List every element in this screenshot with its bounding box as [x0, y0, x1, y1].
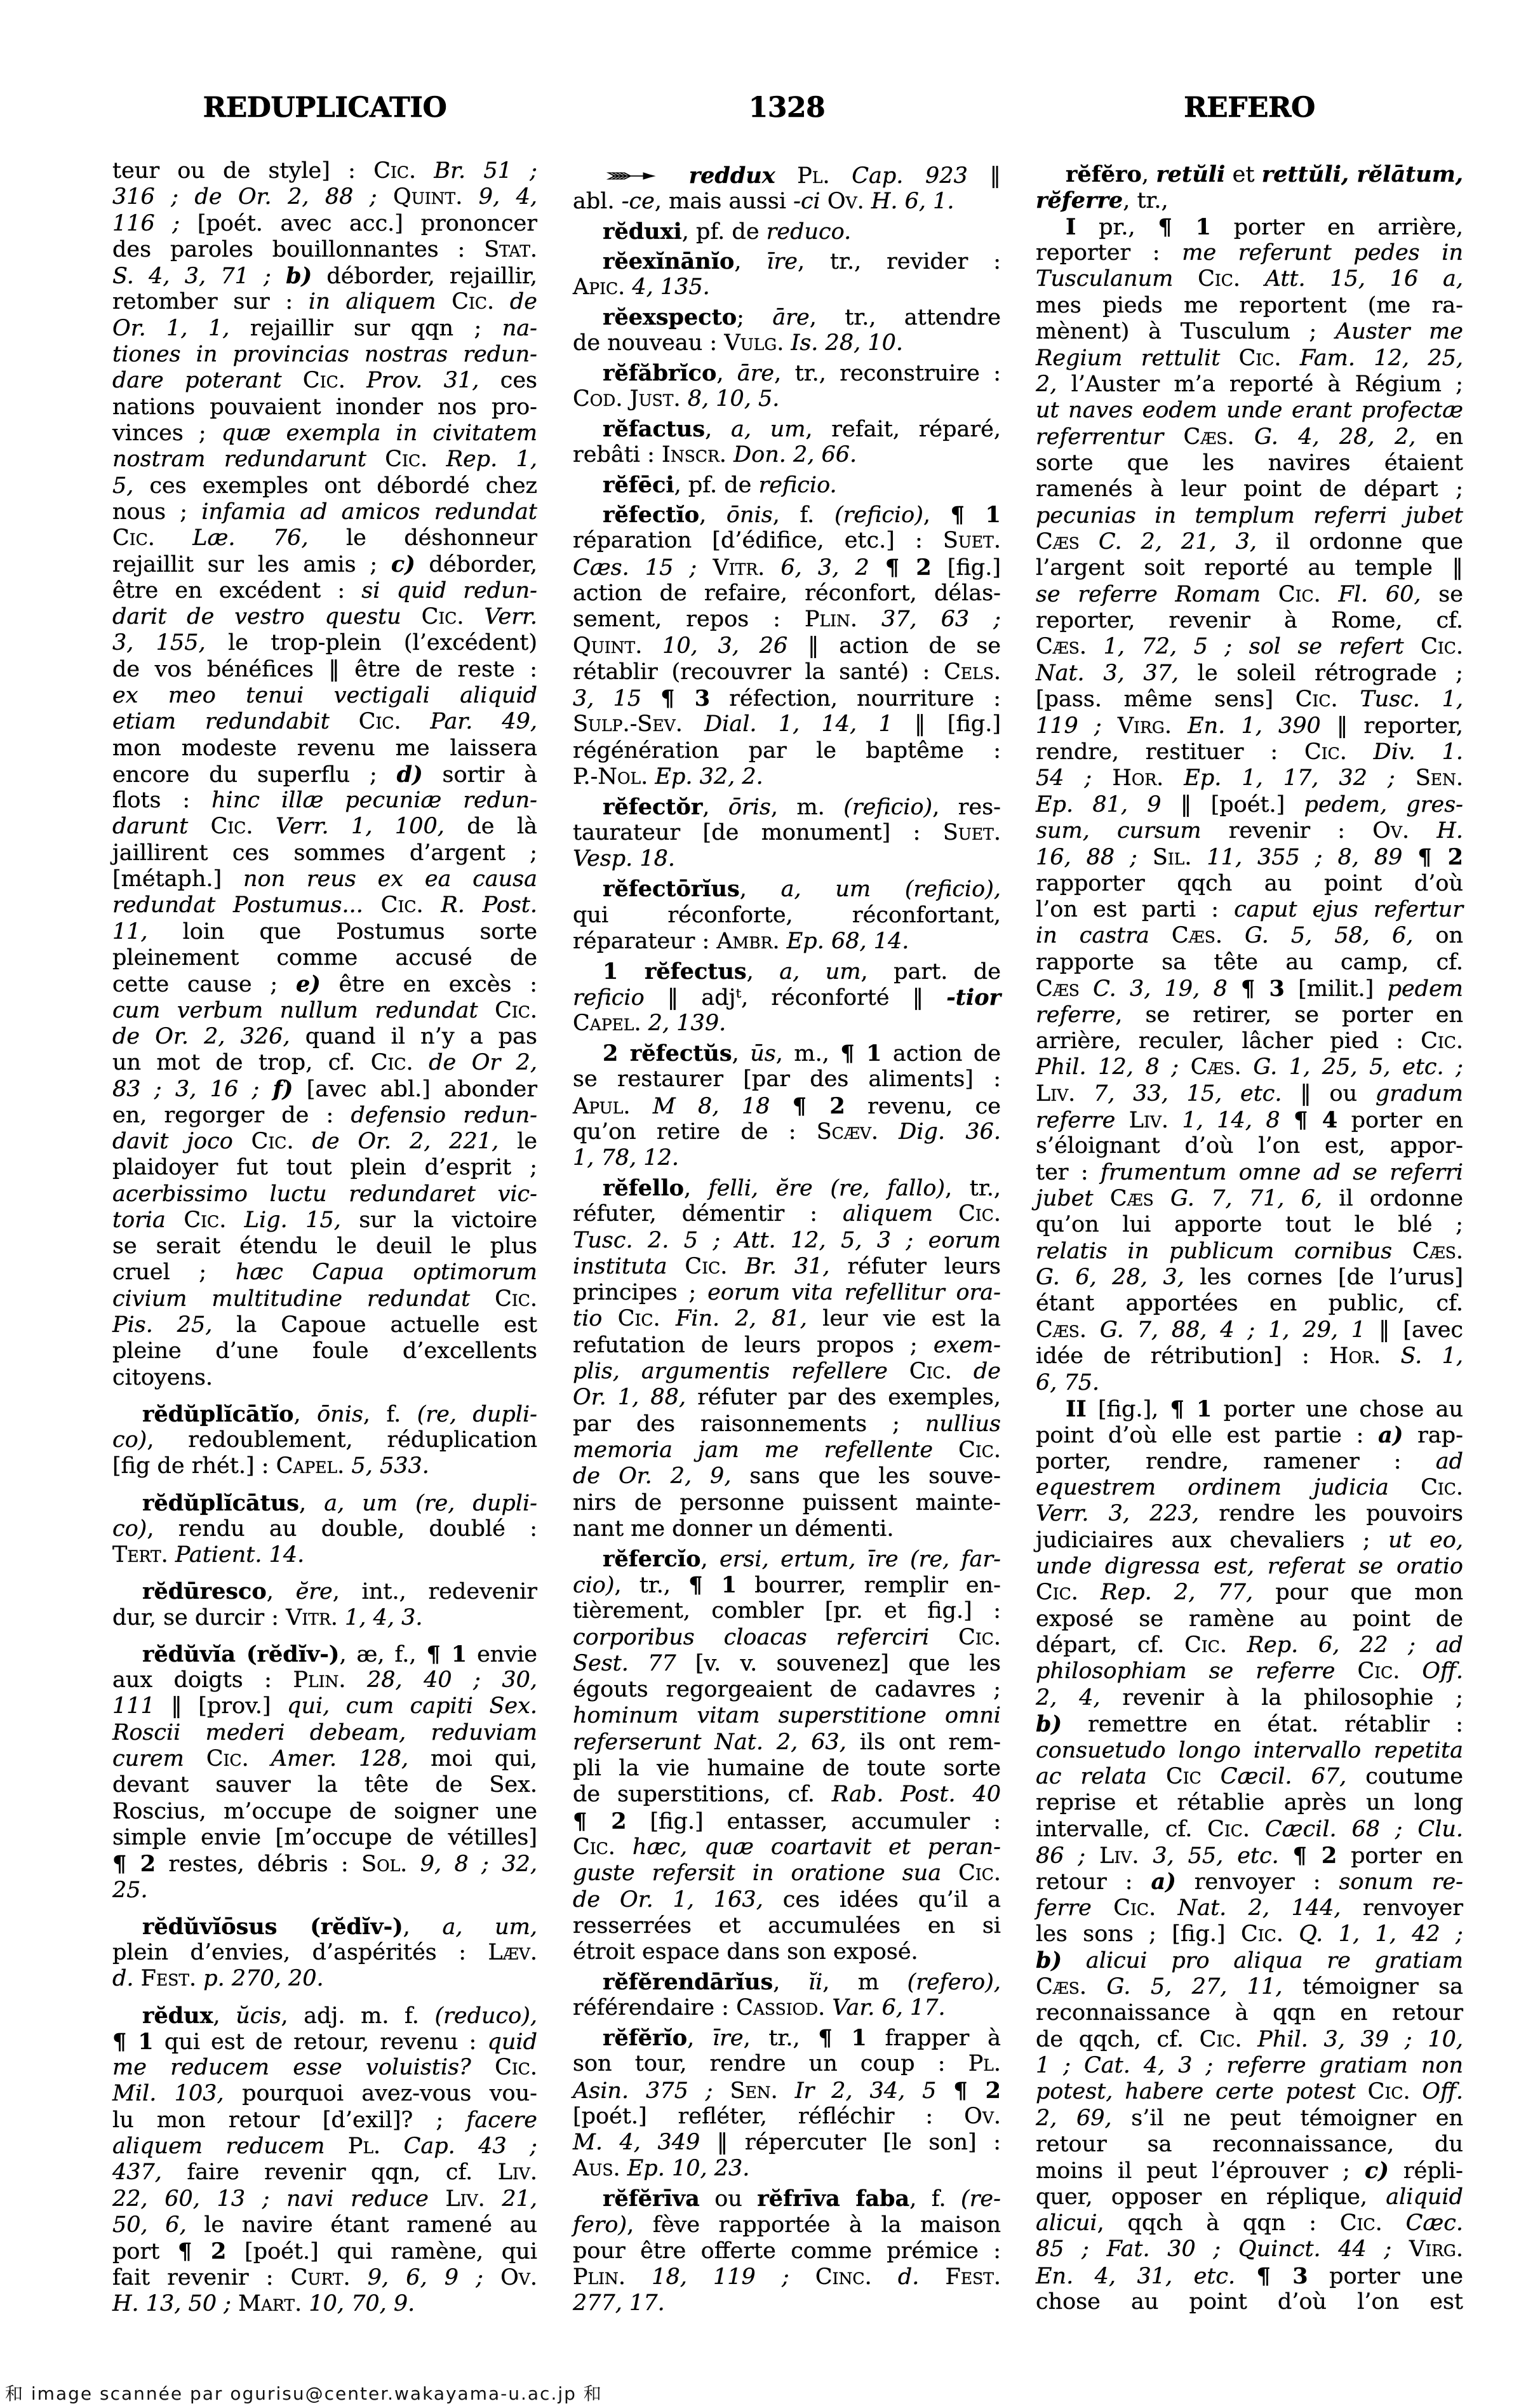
dictionary-entry: rĕdŭvĭōsus (rĕdĭv-), a, um,plein d’envie…	[112, 1914, 537, 1993]
italic-citation: Ep. 1, 17, 32 ;	[1163, 765, 1415, 791]
entry-line: rapporter qqch au point d’où	[1036, 871, 1463, 897]
text-run: réfuter leurs	[830, 1254, 1001, 1279]
italic-citation: Roscii mederi debeam, reduviam	[112, 1720, 537, 1745]
italic-citation: Is. 28, 10.	[784, 330, 903, 356]
italic-citation: guste refersit in oratione sua	[573, 1860, 958, 1886]
author-abbreviation: Capel.	[276, 1453, 345, 1479]
italic-citation: R. Post.	[441, 892, 537, 918]
entry-line: Cic. hæc, quæ coartavit et peran-	[573, 1834, 1001, 1860]
italic-citation: 11,	[112, 919, 148, 944]
italic-citation: 18, 119 ;	[626, 2264, 815, 2290]
italic-citation: reduco.	[767, 219, 852, 245]
entry-line: redundat Postumus... Cic. R. Post.	[112, 892, 537, 918]
italic-citation: 86 ;	[1036, 1843, 1099, 1869]
headword: rĕduxi	[603, 218, 682, 245]
text-run: reprise et rétablie après un long	[1036, 1790, 1463, 1815]
entry-line: 3, 15 ¶ 3 réfection, nourriture :	[573, 685, 1001, 711]
author-abbreviation: Cæs	[1036, 976, 1093, 1002]
italic-citation: (re, dupli-	[417, 1402, 537, 1427]
italic-citation: aliquid	[1386, 2184, 1463, 2210]
dictionary-entry: rĕfello, felli, ĕre (re, fallo), tr.,réf…	[573, 1175, 1001, 1542]
section-mark: ¶ 1	[1170, 1396, 1212, 1422]
text-run: renvoyer	[1341, 1895, 1463, 1921]
italic-citation: civium multitudine redundat	[112, 1286, 495, 1312]
entry-line: Roscii mederi debeam, reduviam	[112, 1720, 537, 1746]
italic-citation: 1, 4, 3.	[338, 1605, 423, 1630]
text-run: les cornes [de l’urus]	[1184, 1265, 1463, 1290]
italic-citation: Par. 49,	[431, 709, 537, 734]
entry-line: Ep. 81, 9 ‖ [poét.] pedem, gres-	[1036, 792, 1463, 818]
text-run: , m	[822, 1970, 907, 1995]
italic-citation: memoria jam me refellente	[573, 1437, 958, 1463]
italic-citation: dare poterant	[112, 368, 303, 393]
entry-line: corporibus cloacas referciri Cic.	[573, 1625, 1001, 1651]
italic-citation: ac relata	[1036, 1764, 1166, 1789]
bold-italic-form: a)	[1151, 1869, 1176, 1895]
italic-citation: 2, 4,	[1036, 1685, 1101, 1710]
entry-line: tiones in provincias nostras redun-	[112, 342, 537, 368]
italic-citation: Var. 6, 17.	[825, 1995, 945, 2020]
text-run: le déshonneur	[309, 525, 537, 551]
author-abbreviation: Cic.	[1207, 1817, 1265, 1842]
text-run: l’on est parti :	[1036, 897, 1234, 922]
author-abbreviation: Cic.	[1304, 739, 1374, 765]
entry-line: jaillirent ces sommes d’argent ;	[112, 840, 537, 866]
italic-citation: 21,	[502, 2186, 537, 2212]
italic-citation: Lig. 15,	[244, 1207, 341, 1233]
entry-line: Verr. 3, 223, rendre les pouvoirs	[1036, 1501, 1463, 1527]
entry-line: refutation de leurs propos ; exem-	[573, 1333, 1001, 1359]
italic-citation: 2,	[1036, 372, 1057, 397]
entry-line: retour sa reconnaissance, du	[1036, 2132, 1463, 2158]
text-run: ,	[773, 1970, 808, 1995]
entry-line: equestrem ordinem judicia Cic.	[1036, 1475, 1463, 1501]
text-run: ,	[705, 417, 731, 442]
text-run: , refait, réparé,	[805, 417, 1001, 442]
text-run: il ordonne que	[1257, 529, 1463, 554]
text-run: [poét.] qui ramène, qui	[226, 2239, 537, 2264]
author-abbreviation: Cic.	[381, 892, 441, 918]
author-abbreviation: Cic.	[1368, 2079, 1423, 2104]
italic-citation: 2, 139.	[641, 1011, 726, 1036]
entry-line: départ, cf. Cic. Rep. 6, 22 ; ad	[1036, 1632, 1463, 1658]
italic-citation: aliquem	[843, 1201, 958, 1227]
entry-line: rĕfercĭo, ersi, ertum, īre (re, far-	[573, 1546, 1001, 1572]
italic-citation: Don. 2, 66.	[726, 442, 857, 467]
italic-citation: 54 ;	[1036, 765, 1112, 791]
section-mark: ¶ 2	[885, 554, 932, 581]
text-run: teur ou de style] :	[112, 158, 373, 184]
entry-line: Cod. Just. 8, 10, 5.	[573, 386, 1001, 412]
entry-line: dare poterant Cic. Prov. 31, ces	[112, 368, 537, 394]
italic-citation: 437,	[112, 2160, 162, 2185]
entry-line: rĕdŭvĭa (rĕdĭv-), æ, f., ¶ 1 envie	[112, 1641, 537, 1667]
entry-line: rendre, restituer : Cic. Div. 1.	[1036, 739, 1463, 765]
bold-italic-form: f)	[273, 1076, 293, 1102]
text-run: revenir à la philosophie ;	[1101, 1685, 1463, 1710]
text-run: , æ, f.,	[339, 1642, 426, 1667]
italic-citation: caput ejus refertur	[1234, 897, 1463, 922]
feathered-arrow-icon: ➳	[603, 163, 793, 189]
author-abbreviation: Sen.	[730, 2078, 778, 2104]
author-abbreviation: Cic.	[452, 289, 510, 314]
author-abbreviation: Cic.	[1184, 1632, 1247, 1658]
entry-line: se serait étendu le deuil le plus	[112, 1233, 537, 1260]
italic-citation: ex meo tenui vectigali aliquid	[112, 683, 537, 708]
italic-citation: Cæcil. 67,	[1221, 1764, 1346, 1789]
dictionary-entry: 2 rĕfectŭs, ūs, m., ¶ 1 action dese rest…	[573, 1040, 1001, 1171]
entry-line: alicui, qqch à qqn : Cic. Cæc.	[1036, 2210, 1463, 2236]
text-run: déborder, rejaillir,	[312, 264, 537, 289]
headword: rĕdŭvĭōsus (rĕdĭv-)	[142, 1914, 403, 1940]
text-run: envie	[467, 1642, 537, 1667]
author-abbreviation: Cic.	[1241, 1921, 1299, 1947]
text-run: action de	[882, 1041, 1001, 1066]
author-abbreviation: Cic.	[1198, 266, 1265, 292]
italic-citation: 8, 10, 5.	[681, 386, 780, 412]
italic-citation: non reus ex ea causa	[243, 866, 537, 892]
author-abbreviation: Cæs.	[1036, 634, 1087, 659]
text-run: ‖ [avec	[1365, 1317, 1463, 1343]
text-run: , mais aussi	[655, 189, 793, 214]
italic-citation: 16, 88 ;	[1036, 845, 1153, 870]
text-run: , tr.,	[615, 1573, 689, 1598]
entry-line: rĕfactus, a, um, refait, réparé,	[573, 416, 1001, 442]
author-abbreviation: Inscr.	[662, 442, 726, 467]
text-run: son tour, rendre un coup :	[573, 2051, 968, 2076]
text-run: revenu, ce	[845, 1094, 1001, 1119]
entry-line: 50, 6, le navire étant ramené au	[112, 2212, 537, 2238]
entry-line: rĕfectōrĭus, a, um (reficio),	[573, 876, 1001, 902]
italic-citation: alicui	[1036, 2210, 1097, 2236]
headword: rĕdūresco	[142, 1578, 267, 1604]
entry-line: rĕfĕrendārĭus, ĭi, m (refero),	[573, 1969, 1001, 1995]
entry-line: ex meo tenui vectigali aliquid	[112, 683, 537, 709]
entry-line: reficio ‖ adjᵗ, réconforté ‖ -tior	[573, 985, 1001, 1011]
entry-line: tio Cic. Fin. 2, 81, leur vie est la	[573, 1306, 1001, 1332]
italic-citation: de Or. 1, 163,	[573, 1887, 763, 1912]
entry-line: se referre Romam Cic. Fl. 60, se	[1036, 582, 1463, 608]
text-run: pleinement comme accusé de	[112, 945, 537, 971]
text-run: reporter :	[1036, 240, 1182, 265]
entry-line: référendaire : Cassiod. Var. 6, 17.	[573, 1995, 1001, 2021]
entry-line: simple envie [m’occupe de vétilles]	[112, 1825, 537, 1851]
entry-line: rĕdŭvĭōsus (rĕdĭv-), a, um,	[112, 1914, 537, 1940]
entry-line: intervalle, cf. Cic. Cæcil. 68 ; Clu.	[1036, 1817, 1463, 1843]
text-run: de nouveau :	[573, 330, 724, 356]
entry-line: 25.	[112, 1878, 537, 1904]
author-abbreviation: Læv.	[488, 1940, 537, 1965]
author-abbreviation: Cic.	[184, 1207, 244, 1233]
headword: rĕfăbrĭco	[603, 360, 716, 386]
entry-line: Quint. 10, 3, 26 ‖ action de se	[573, 633, 1001, 659]
text-run: rejaillit sur les amis ;	[112, 552, 391, 577]
italic-citation: Phil. 12, 8 ;	[1036, 1054, 1191, 1080]
dictionary-entry: ➳ reddux Pl. Cap. 923 ‖abl. -ce, mais au…	[573, 163, 1001, 215]
italic-citation: Q. 1, 1, 42 ;	[1299, 1921, 1463, 1947]
entry-line: action de refaire, réconfort, délas-	[573, 581, 1001, 607]
dictionary-entry: teur ou de style] : Cic. Br. 51 ;316 ; d…	[112, 158, 537, 1391]
entry-line: Nat. 3, 37, le soleil rétrograde ;	[1036, 661, 1463, 687]
italic-citation: instituta	[573, 1254, 685, 1279]
italic-citation: tio	[573, 1306, 618, 1331]
text-run: déborder,	[415, 552, 537, 577]
entry-line: Roscius, m’occupe de soigner une	[112, 1799, 537, 1825]
italic-citation: 50, 6,	[112, 2212, 187, 2238]
text-run: principes ;	[573, 1280, 707, 1305]
italic-citation: in aliquem	[309, 289, 452, 314]
entry-line: 119 ; Virg. En. 1, 390 ‖ reporter,	[1036, 713, 1463, 739]
italic-citation: Tusculanum	[1036, 266, 1198, 292]
author-abbreviation: Cic.	[1421, 1475, 1463, 1500]
section-mark: ¶ 1	[688, 1572, 737, 1598]
section-mark: ¶ 4	[1294, 1107, 1337, 1133]
entry-line: acerbissimo luctu redundaret vic-	[112, 1181, 537, 1207]
entry-line: S. 4, 3, 71 ; b) déborder, rejaillir,	[112, 263, 537, 289]
entry-line: 11, loin que Postumus sorte	[112, 919, 537, 945]
entry-line: ut naves eodem unde erant profectæ	[1036, 398, 1463, 424]
text-run: porter, rendre, ramener :	[1036, 1449, 1436, 1474]
author-abbreviation: Cic.	[373, 158, 416, 184]
italic-citation: ŭcis	[236, 2003, 281, 2029]
author-abbreviation: Suet.	[943, 820, 1001, 845]
entry-line: réparation [d’édifice, etc.] : Suet.	[573, 528, 1001, 554]
italic-citation: ut naves eodem unde erant profectæ	[1036, 398, 1463, 423]
text-run: ,	[403, 1914, 443, 1940]
entry-line: rĕfăbrĭco, āre, tr., reconstruire :	[573, 360, 1001, 386]
entry-line: 6, 75.	[1036, 1370, 1463, 1396]
text-run: , part. de	[861, 959, 1001, 985]
italic-citation: Tusc. 1,	[1360, 687, 1463, 712]
bold-italic-form: e)	[296, 971, 321, 997]
author-abbreviation: Sol.	[361, 1852, 407, 1877]
section-mark: ¶ 1	[951, 502, 1001, 528]
text-run: ces exemples ont débordé chez	[133, 473, 537, 499]
headword: rĕdŭvĭa (rĕdĭv-)	[142, 1641, 339, 1667]
entry-line: rétablir (recouvrer la santé) : Cels.	[573, 659, 1001, 685]
italic-citation: 11, 355 ; 8, 89	[1191, 845, 1417, 870]
italic-citation: 7, 33, 15, etc.	[1075, 1081, 1282, 1106]
text-run: réfection, nourriture :	[710, 686, 1001, 711]
entry-line: se restaurer [par des aliments] :	[573, 1066, 1001, 1092]
italic-citation: consuetudo longo intervallo repetita	[1036, 1738, 1463, 1763]
text-run: en, regorger de :	[112, 1103, 351, 1128]
entry-line: rĕexspecto; āre, tr., attendre	[573, 304, 1001, 330]
entry-line: un mot de trop, cf. Cic. de Or 2,	[112, 1050, 537, 1076]
entry-line: porter, rendre, ramener : ad	[1036, 1449, 1463, 1475]
text-run: [poét. avec acc.] prononcer	[180, 211, 537, 236]
author-abbreviation: Virg.	[1118, 713, 1172, 739]
text-run: restes, débris :	[156, 1852, 361, 1877]
author-abbreviation: Cic	[1166, 1764, 1221, 1789]
text-run: témoigner sa	[1283, 1974, 1463, 1999]
italic-citation: ĭi	[808, 1970, 822, 1995]
dictionary-entry: 1 rĕfectus, a, um, part. dereficio ‖ adj…	[573, 958, 1001, 1037]
text-run: retour sa reconnaissance, du	[1036, 2132, 1463, 2157]
entry-line: Pis. 25, la Capoue actuelle est	[112, 1312, 537, 1338]
entry-line: cum verbum nullum redundat Cic.	[112, 998, 537, 1024]
author-abbreviation: Scæv.	[817, 1119, 878, 1145]
text-run: pour être offerte comme prémice :	[573, 2238, 1001, 2264]
text-run: Roscius, m’occupe de soigner une	[112, 1799, 537, 1824]
text-run: ,	[740, 877, 781, 902]
italic-citation: a, um (re, dupli-	[324, 1491, 537, 1516]
text-run: on	[1413, 923, 1463, 948]
entry-line: les sons ; [fig.] Cic. Q. 1, 1, 42 ;	[1036, 1921, 1463, 1947]
entry-line: rĕfĕrĭo, īre, tr., ¶ 1 frapper à	[573, 2025, 1001, 2051]
entry-line: pleine d’une foule d’excellents	[112, 1338, 537, 1364]
text-run: intervalle, cf.	[1036, 1817, 1207, 1842]
italic-citation: -ci	[793, 189, 820, 214]
text-run: dur, se durcir :	[112, 1605, 286, 1630]
author-abbreviation: Cæs.	[1412, 1239, 1463, 1264]
italic-citation: 5, 533.	[344, 1453, 429, 1479]
entry-line: pour être offerte comme prémice :	[573, 2238, 1001, 2264]
text-run: arrière, reculer, lâcher pied :	[1036, 1028, 1421, 1054]
text-run: exposé se ramène au point de	[1036, 1606, 1463, 1632]
text-run: égouts regorgeaient de cadavres ;	[573, 1677, 1001, 1702]
dictionary-entry: rĕfĕro, retŭli et rettŭli, rĕlātum,rĕfer…	[1036, 161, 1463, 214]
author-abbreviation: Plin.	[293, 1667, 345, 1693]
italic-citation: cio)	[573, 1573, 615, 1598]
text-run: ,	[747, 959, 780, 985]
entry-line: nant me donner un démenti.	[573, 1516, 1001, 1542]
italic-citation: 9, 6, 9 ;	[351, 2265, 500, 2290]
entry-line: lu mon retour [d’exil]? ; facere	[112, 2107, 537, 2134]
text-run: des paroles bouillonnantes :	[112, 237, 484, 262]
entry-line: 3, 155, le trop-plein (l’excédent)	[112, 630, 537, 656]
entry-line: Capel. 2, 139.	[573, 1011, 1001, 1037]
text-run: le	[499, 1129, 537, 1154]
entry-line: instituta Cic. Br. 31, réfuter leurs	[573, 1254, 1001, 1280]
author-abbreviation: Cic.	[958, 1201, 1001, 1227]
entry-line: sum, cursum revenir : Ov. H.	[1036, 818, 1463, 844]
text-run: sement, repos :	[573, 607, 805, 632]
entry-line: Sest. 77 [v. v. souvenez] que les	[573, 1651, 1001, 1677]
italic-citation: 22, 60, 13 ; navi reduce	[112, 2186, 445, 2212]
entry-line: P.-Nol. Ep. 32, 2.	[573, 764, 1001, 790]
author-abbreviation: Curt.	[291, 2265, 351, 2290]
entry-line: sorte que les navires étaient	[1036, 450, 1463, 476]
entry-line: teur ou de style] : Cic. Br. 51 ;	[112, 158, 537, 184]
italic-citation: Off.	[1422, 2079, 1463, 2104]
bold-italic-form: b)	[286, 263, 312, 289]
text-run: ces idées qu’il a	[763, 1887, 1001, 1912]
entry-line: principes ; eorum vita refellitur ora-	[573, 1280, 1001, 1306]
italic-citation: hinc illæ pecuniæ redun-	[211, 788, 537, 813]
entry-line: de vos bénéfices ‖ être de reste :	[112, 657, 537, 683]
bold-italic-form: retŭli	[1156, 161, 1225, 187]
text-run: reporter, revenir à Rome, cf.	[1036, 608, 1463, 633]
dictionary-entry: rĕdŭvĭa (rĕdĭv-), æ, f., ¶ 1 envieaux do…	[112, 1641, 537, 1904]
italic-citation: Phil. 3, 39 ; 10,	[1257, 2027, 1463, 2052]
entry-line: Tert. Patient. 14.	[112, 1542, 537, 1568]
bold-italic-form: -tior	[946, 985, 1001, 1011]
entry-line: pecunias in templum referri jubet	[1036, 503, 1463, 529]
text-run: étant apportées en public, cf.	[1036, 1291, 1463, 1316]
author-abbreviation: Ov.	[1372, 818, 1436, 843]
italic-citation: Vesp. 18.	[573, 846, 675, 871]
italic-citation: darit de vestro questu	[112, 604, 422, 629]
italic-citation: (reficio)	[843, 795, 932, 820]
italic-citation: referre	[1036, 1108, 1129, 1133]
entry-line: ¶ 1 qui est de retour, revenu : quid	[112, 2029, 537, 2055]
entry-line: hominum vitam superstitione omni	[573, 1703, 1001, 1729]
italic-citation: G. 6, 28, 3,	[1036, 1265, 1184, 1290]
text-run: mènent) à Tusculum ;	[1036, 319, 1336, 344]
text-run: , fève rapportée à la maison	[627, 2212, 1001, 2238]
italic-citation: davit joco	[112, 1129, 251, 1154]
author-abbreviation: Cæs.	[1172, 923, 1245, 948]
text-run: sur la victoire	[341, 1207, 537, 1233]
dictionary-entry: rĕexspecto; āre, tr., attendrede nouveau…	[573, 304, 1001, 357]
italic-citation: 6, 75.	[1036, 1370, 1099, 1395]
italic-citation: Nat. 3, 37,	[1036, 661, 1179, 686]
entry-line: régénération par le baptême :	[573, 738, 1001, 764]
text-run: et	[1225, 162, 1262, 187]
italic-citation: cum verbum nullum redundat	[112, 998, 495, 1023]
text-run: action de refaire, réconfort, délas-	[573, 581, 1001, 606]
entry-line: de Or. 2, 9, sans que les souve-	[573, 1463, 1001, 1489]
section-mark: ¶ 2	[1293, 1843, 1337, 1869]
italic-citation: Cæs. 15 ;	[573, 555, 713, 581]
entry-line: 16, 88 ; Sil. 11, 355 ; 8, 89 ¶ 2	[1036, 844, 1463, 870]
headword: rĕfrīva faba	[757, 2186, 909, 2212]
text-run: citoyens.	[112, 1365, 213, 1390]
text-run: reconnaissance à qqn en retour	[1036, 2000, 1463, 2026]
text-run: chose au point d’où l’on est	[1036, 2289, 1463, 2315]
entry-line: plein d’envies, d’aspérités : Læv.	[112, 1940, 537, 1966]
text-run: leur vie est la	[807, 1306, 1001, 1331]
author-abbreviation: Hor.	[1112, 765, 1163, 791]
bold-italic-form: b)	[1036, 1947, 1062, 1973]
author-abbreviation: Cic.	[573, 1834, 633, 1860]
author-abbreviation: Cic.	[1239, 346, 1300, 371]
headword: rĕdŭplĭcātus	[142, 1490, 299, 1516]
italic-citation: me reducem esse voluistis?	[112, 2055, 495, 2080]
italic-citation: fero)	[573, 2212, 627, 2238]
italic-citation: potest, habere certe potest	[1036, 2079, 1368, 2104]
italic-citation: Cæc.	[1406, 2210, 1463, 2236]
author-abbreviation: Cic.	[422, 604, 485, 629]
entry-line: reconnaissance à qqn en retour	[1036, 2000, 1463, 2026]
headword: rĕfectĭo	[603, 502, 699, 528]
dictionary-entry: rĕfercĭo, ersi, ertum, īre (re, far-cio)…	[573, 1546, 1001, 1966]
text-run: être en excès :	[321, 972, 537, 997]
entry-line: 2, 69, s’il ne peut témoigner en	[1036, 2106, 1463, 2132]
text-run: les sons ; [fig.]	[1036, 1921, 1241, 1947]
text-run: , m.	[771, 795, 843, 820]
author-abbreviation: Cic.	[1357, 1658, 1422, 1684]
italic-citation: quid	[487, 2029, 537, 2055]
italic-citation: ĕre	[296, 1579, 333, 1604]
entry-line: 437, faire revenir qqn, cf. Liv.	[112, 2160, 537, 2186]
text-run: remettre en état. rétablir :	[1062, 1712, 1463, 1737]
section-mark: ¶ 1	[1158, 214, 1210, 240]
italic-citation: 1, 72, 5 ; sol se refert	[1087, 634, 1421, 659]
entry-line: point d’où elle est partie : a) rap-	[1036, 1422, 1463, 1448]
text-run: être en excédent :	[112, 578, 361, 603]
entry-line: Aus. Ep. 10, 23.	[573, 2156, 1001, 2182]
italic-citation: G. 4, 28, 2,	[1254, 424, 1416, 450]
author-abbreviation: Pl.	[348, 2134, 404, 2159]
entry-line: memoria jam me refellente Cic.	[573, 1437, 1001, 1463]
text-run: port	[112, 2239, 178, 2264]
text-run: [pass. même sens]	[1036, 687, 1296, 712]
entry-line: guste refersit in oratione sua Cic.	[573, 1860, 1001, 1886]
bold-italic-form: c)	[1365, 2158, 1389, 2184]
text-run: ,	[1142, 162, 1156, 187]
